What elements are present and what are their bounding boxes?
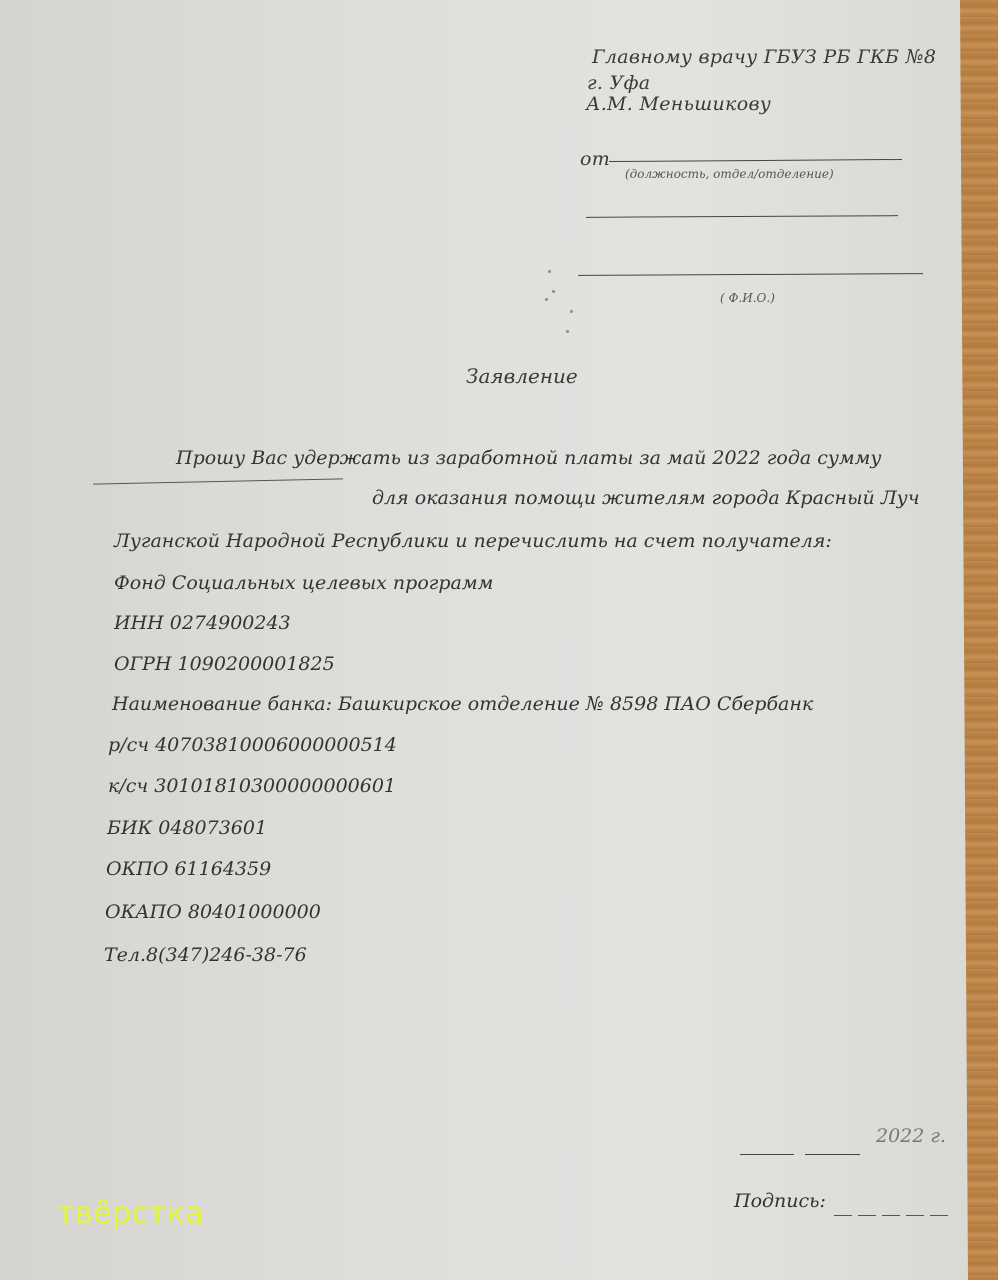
date-month-field[interactable] (805, 1154, 860, 1155)
amount-underline[interactable] (93, 478, 343, 484)
scan-speckle (566, 330, 569, 333)
scan-speckle (570, 310, 573, 313)
recipient-fund: Фонд Социальных целевых программ (114, 572, 493, 594)
date-day-field[interactable] (740, 1154, 794, 1155)
from-label: от (580, 148, 610, 170)
scan-speckle (548, 270, 551, 273)
position-field-line[interactable] (609, 159, 902, 162)
addressee-city: г. Уфа (587, 72, 650, 94)
position-hint: (должность, отдел/отделение) (625, 167, 834, 181)
signature-field[interactable] (834, 1215, 954, 1216)
recipient-bank: Наименование банка: Башкирское отделение… (112, 693, 813, 715)
signature-label: Подпись: (734, 1190, 826, 1212)
document-page: Главному врачу ГБУЗ РБ ГКБ №8 г. Уфа А.М… (0, 0, 970, 1280)
recipient-phone: Тел.8(347)246-38-76 (104, 944, 307, 966)
fio-field-line[interactable] (578, 273, 923, 276)
recipient-inn: ИНН 0274900243 (114, 612, 291, 634)
body-line-3: Луганской Народной Республики и перечисл… (114, 530, 832, 552)
body-line-2: для оказания помощи жителям города Красн… (372, 487, 920, 509)
recipient-settlement-account: р/сч 40703810006000000514 (108, 734, 397, 756)
scan-speckle (552, 290, 555, 293)
addressee-name: А.М. Меньшикову (586, 93, 771, 115)
recipient-okpo: ОКПО 61164359 (106, 858, 271, 880)
recipient-ogrn: ОГРН 1090200001825 (114, 653, 335, 675)
date-year: 2022 г. (876, 1125, 946, 1147)
addressee-line-1: Главному врачу ГБУЗ РБ ГКБ №8 (592, 46, 936, 68)
recipient-correspondent-account: к/сч 30101810300000000601 (108, 775, 396, 797)
recipient-okapo: ОКАПО 80401000000 (105, 901, 321, 923)
watermark-logo: твёрстка (57, 1196, 204, 1231)
document-title: Заявление (466, 364, 578, 388)
fio-hint: ( Ф.И.О.) (720, 291, 775, 305)
position-field-line-2[interactable] (586, 215, 898, 218)
scan-speckle (545, 298, 548, 301)
body-line-1: Прошу Вас удержать из заработной платы з… (176, 447, 881, 469)
recipient-bik: БИК 048073601 (107, 817, 267, 839)
